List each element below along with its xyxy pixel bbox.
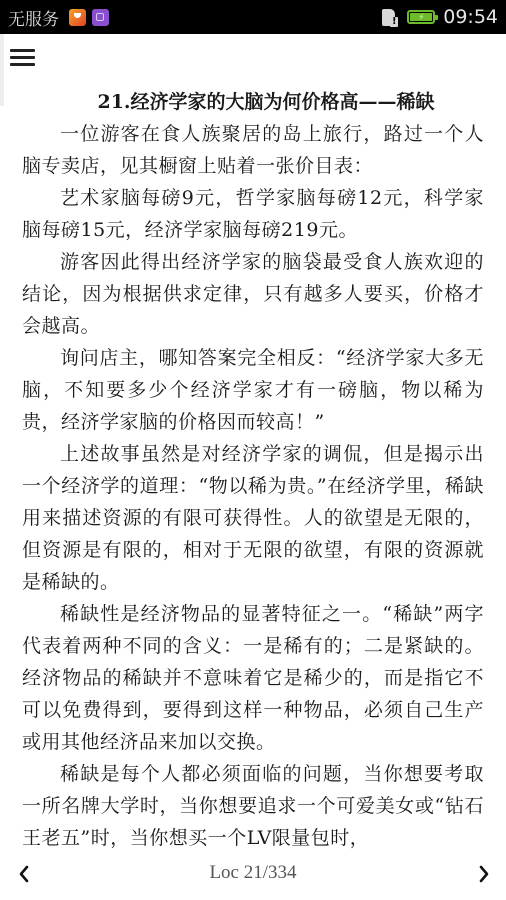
paragraph: 稀缺性是经济物品的显著特征之一。“稀缺”两字代表着两种不同的含义：一是稀有的；二…: [22, 598, 484, 758]
menu-line: [10, 49, 35, 52]
chapter-title: 21.经济学家的大脑为何价格高——稀缺: [22, 86, 484, 118]
carrier-label: 无服务: [8, 5, 59, 30]
location-indicator: Loc 21/334: [0, 862, 506, 884]
paragraph: 稀缺是每个人都必须面临的问题，当你想要考取一所名牌大学时，当你想要追求一个可爱美…: [22, 758, 484, 854]
status-right: ⚡ 09:54: [382, 6, 498, 28]
paragraph: 艺术家脑每磅9元，哲学家脑每磅12元，科学家脑每磅15元，经济学家脑每磅219元…: [22, 182, 484, 246]
paragraph: 一位游客在食人族聚居的岛上旅行，路过一个人脑专卖店，见其橱窗上贴着一张价目表：: [22, 118, 484, 182]
reader-footer: Loc 21/334: [0, 856, 506, 892]
orange-app-notification-icon: [69, 9, 86, 26]
paragraph: 上述故事虽然是对经济学家的调侃，但是揭示出一个经济学的道理：“物以稀为贵。”在经…: [22, 438, 484, 598]
paragraph: 询问店主，哪知答案完全相反：“经济学家大多无脑，不知要多少个经济学家才有一磅脑，…: [22, 342, 484, 438]
status-bar: 无服务 ⚡ 09:54: [0, 0, 506, 34]
reader-content: 21.经济学家的大脑为何价格高——稀缺 一位游客在食人族聚居的岛上旅行，路过一个…: [22, 86, 484, 854]
menu-line: [10, 63, 35, 66]
status-left: 无服务: [8, 5, 109, 30]
drawer-edge-handle[interactable]: [0, 34, 4, 106]
purple-app-notification-icon: [92, 9, 109, 26]
hamburger-menu-icon[interactable]: [10, 48, 36, 68]
paragraph: 游客因此得出经济学家的脑袋最受食人族欢迎的结论，因为根据供求定律，只有越多人要买…: [22, 246, 484, 342]
battery-charging-icon: ⚡: [407, 10, 435, 24]
clock: 09:54: [443, 6, 498, 28]
menu-line: [10, 56, 35, 59]
next-page-button[interactable]: [472, 860, 496, 888]
charging-bolt-icon: ⚡: [418, 13, 424, 23]
sim-alert-icon: [382, 9, 395, 26]
chevron-right-icon: [478, 865, 490, 883]
